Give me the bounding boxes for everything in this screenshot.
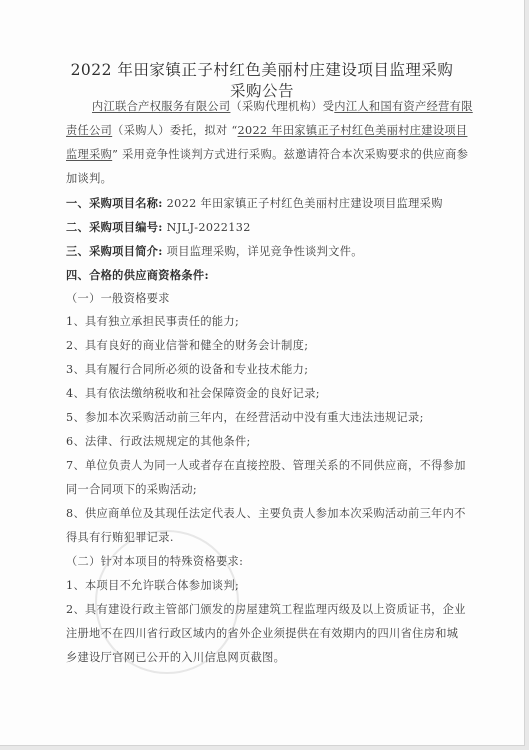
general-requirements-heading: （一）一般资格要求 [66, 292, 170, 306]
document-subtitle: 采购公告 [0, 79, 524, 101]
general-item-8-cont: 得具有行贿犯罪记录. [66, 531, 174, 545]
general-item-1: 1、具有独立承担民事责任的能力; [66, 315, 239, 329]
special-item-2-cont: 注册地不在四川省行政区域内的省外企业须提供在有效期内的四川省住房和城 [66, 627, 458, 641]
purchaser-name-part1: 内江人和国有资产经营有限 [334, 100, 472, 113]
intro-line-2: 责任公司（采购人）委托，拟对 “2022 年田家镇正子村红色美丽村庄建设项目 [66, 124, 467, 138]
special-item-2: 2、具有建设行政主管部门颁发的房屋建筑工程监理丙级及以上资质证书，企业 [66, 603, 466, 617]
general-item-3: 3、具有履行合同所必须的设备和专业技术能力; [66, 363, 308, 377]
section-4-label: 四、合格的供应商资格条件: [66, 268, 209, 282]
document-title: 2022 年田家镇正子村红色美丽村庄建设项目监理采购 [0, 58, 524, 80]
section-2: 二、采购项目编号: NJLJ-2022132 [66, 220, 251, 235]
agency-role: （采购代理机构）受 [230, 100, 334, 113]
section-3-value: 项目监理采购，详见竞争性谈判文件。 [163, 245, 363, 258]
intro-line-3: 监理采购” 采用竞争性谈判方式进行采购。兹邀请符合本次采购要求的供应商参 [66, 148, 468, 162]
section-3-label: 三、采购项目简介: [66, 244, 163, 258]
special-item-1: 1、本项目不允许联合体参加谈判; [66, 579, 239, 593]
section-3: 三、采购项目简介: 项目监理采购，详见竞争性谈判文件。 [66, 244, 363, 259]
general-item-5: 5、参加本次采购活动前三年内，在经营活动中没有重大违法违规记录; [66, 411, 424, 425]
general-item-2: 2、具有良好的商业信誉和健全的财务会计制度; [66, 339, 308, 353]
section-2-label: 二、采购项目编号: [66, 220, 163, 234]
intro-line-1: 内江联合产权服务有限公司（采购代理机构）受内江人和国有资产经营有限 [92, 100, 473, 114]
section-1-value: 2022 年田家镇正子村红色美丽村庄建设项目监理采购 [163, 197, 443, 210]
document-page: 2022 年田家镇正子村红色美丽村庄建设项目监理采购 采购公告 内江联合产权服务… [0, 0, 525, 746]
section-1-label: 一、采购项目名称: [66, 196, 163, 210]
section-2-value: NJLJ-2022132 [163, 221, 251, 234]
intro-line-3-rest: ” 采用竞争性谈判方式进行采购。兹邀请符合本次采购要求的供应商参 [112, 148, 468, 161]
general-item-8: 8、供应商单位及其现任法定代表人、主要负责人参加本次采购活动前三年内不 [66, 507, 466, 521]
general-item-6: 6、法律、行政法规规定的其他条件; [66, 435, 251, 449]
project-name-part2: 监理采购 [66, 148, 112, 161]
project-name-part1: 2022 年田家镇正子村红色美丽村庄建设项目 [238, 124, 468, 137]
purchaser-name-part2: 责任公司 [66, 124, 112, 137]
general-item-4: 4、具有依法缴纳税收和社会保障资金的良好记录; [66, 387, 320, 401]
general-item-7: 7、单位负责人为同一人或者存在直接控股、管理关系的不同供应商，不得参加 [66, 459, 466, 473]
general-item-7-cont: 同一合同项下的采购活动; [66, 483, 197, 497]
agency-name: 内江联合产权服务有限公司 [92, 100, 230, 113]
special-requirements-heading: （二）针对本项目的特殊资格要求: [66, 555, 243, 569]
special-item-2-cont2: 乡建设厅官网已公开的入川信息网页截图。 [66, 651, 285, 665]
purchaser-role: （采购人）委托，拟对 “ [112, 124, 237, 137]
section-1: 一、采购项目名称: 2022 年田家镇正子村红色美丽村庄建设项目监理采购 [66, 196, 443, 211]
intro-line-4: 加谈判。 [66, 172, 112, 186]
